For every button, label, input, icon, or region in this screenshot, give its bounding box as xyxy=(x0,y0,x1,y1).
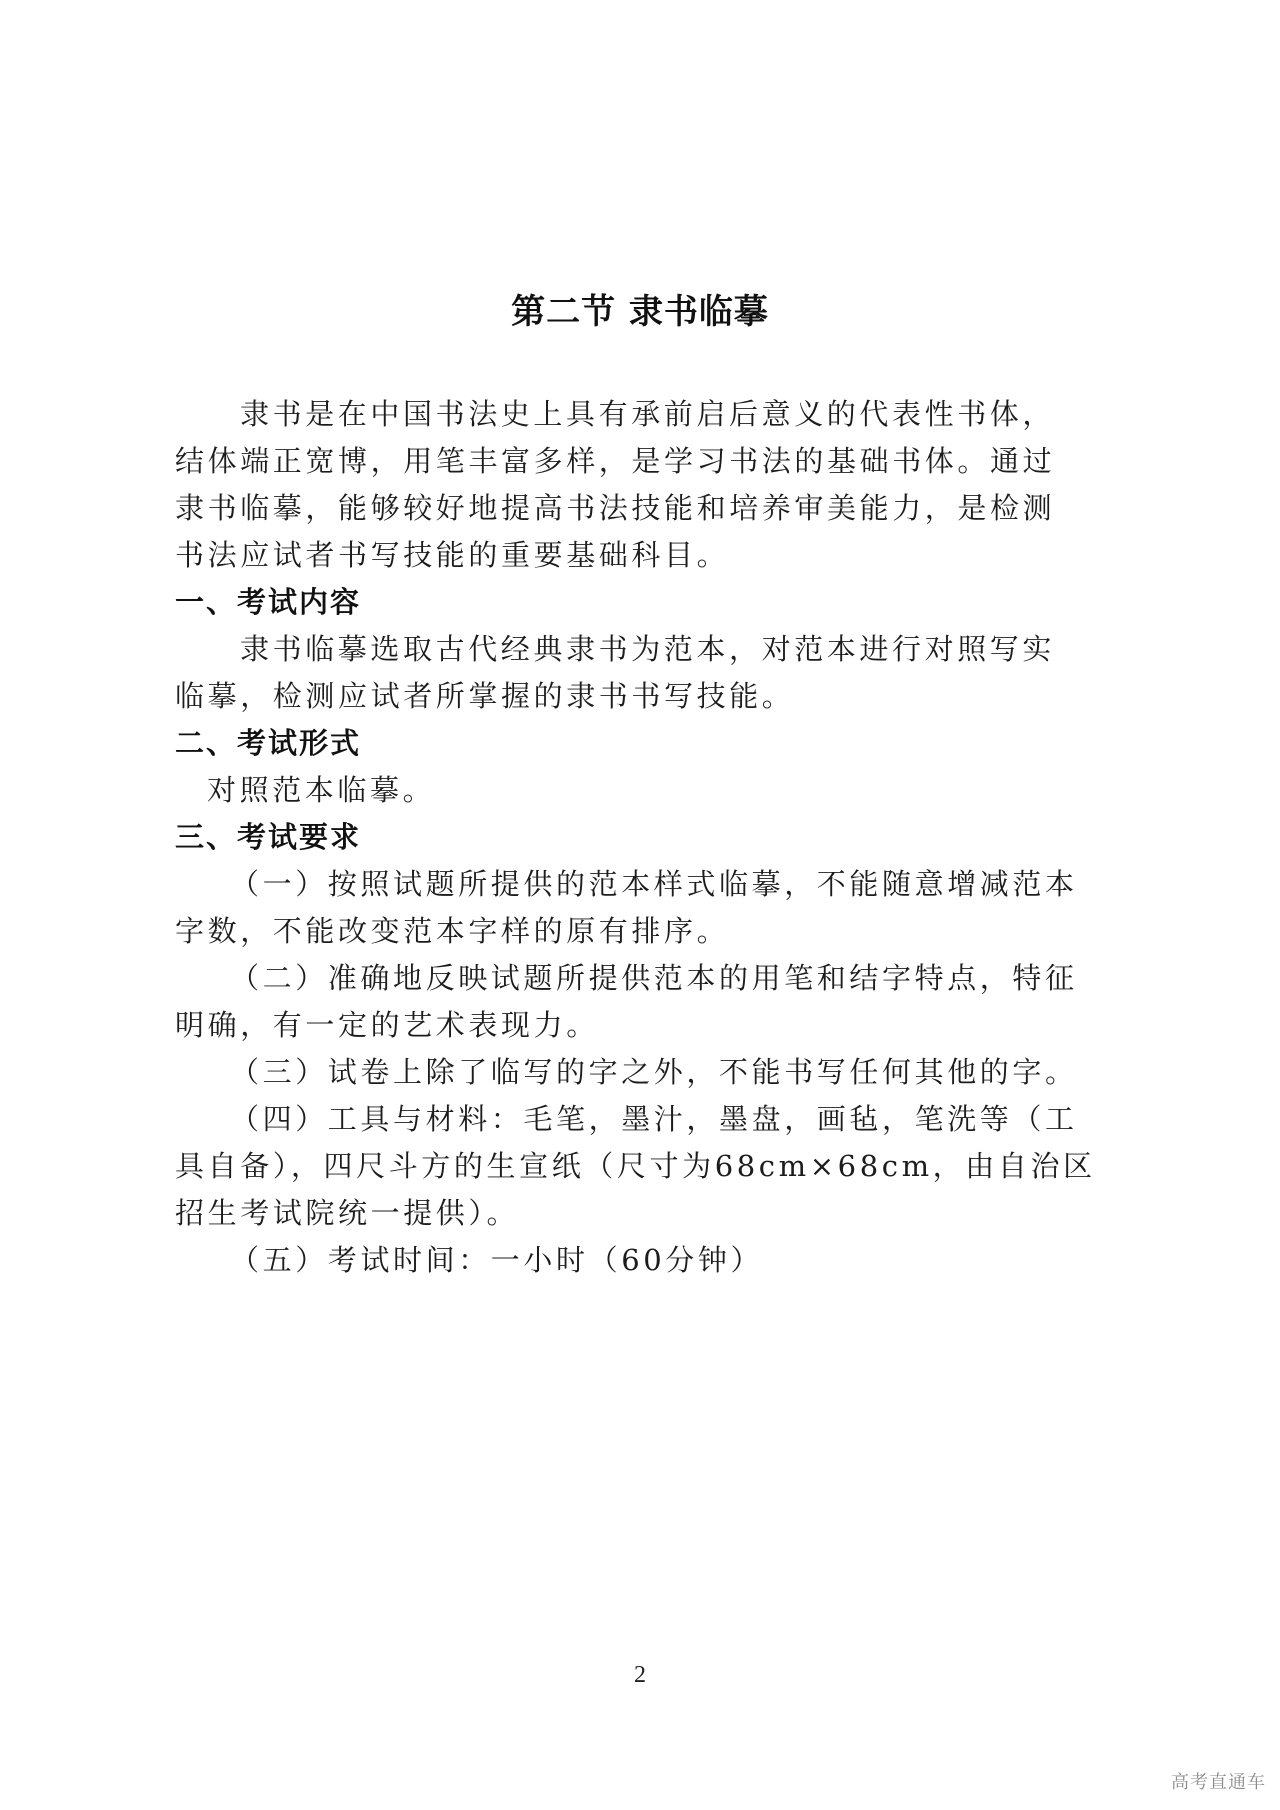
heading-exam-requirements: 三、考试要求 xyxy=(175,817,361,857)
watermark-text: 高考直通车 xyxy=(1171,1768,1266,1794)
requirement-item-4: （四）工具与材料：毛笔，墨汁，墨盘，画毡，笔洗等（工 xyxy=(230,1099,1078,1139)
body-line: 隶书是在中国书法史上具有承前启后意义的代表性书体， xyxy=(240,394,1055,434)
body-line: 字数，不能改变范本字样的原有排序。 xyxy=(175,911,729,951)
section-title: 第二节 隶书临摹 xyxy=(0,284,1280,333)
requirement-item-3: （三）试卷上除了临写的字之外，不能书写任何其他的字。 xyxy=(230,1052,1078,1092)
body-line: 临摹，检测应试者所掌握的隶书书写技能。 xyxy=(175,676,794,716)
body-line: 对照范本临摹。 xyxy=(207,770,435,810)
body-line: 招生考试院统一提供）。 xyxy=(175,1193,519,1233)
heading-exam-format: 二、考试形式 xyxy=(175,723,361,763)
requirement-item-1: （一）按照试题所提供的范本样式临摹，不能随意增减范本 xyxy=(230,864,1078,904)
body-line: 书法应试者书写技能的重要基础科目。 xyxy=(175,535,729,575)
requirement-item-2: （二）准确地反映试题所提供范本的用笔和结字特点，特征 xyxy=(230,958,1078,998)
body-line: 隶书临摹，能够较好地提高书法技能和培养审美能力，是检测 xyxy=(175,488,1055,528)
body-line: 结体端正宽博，用笔丰富多样，是学习书法的基础书体。通过 xyxy=(175,441,1055,481)
requirement-item-5: （五）考试时间：一小时（60分钟） xyxy=(230,1240,763,1280)
body-line: 具自备），四尺斗方的生宣纸（尺寸为68cm×68cm，由自治区 xyxy=(175,1146,1096,1186)
document-page: 第二节 隶书临摹 隶书是在中国书法史上具有承前启后意义的代表性书体， 结体端正宽… xyxy=(0,0,1280,1810)
body-line: 隶书临摹选取古代经典隶书为范本，对范本进行对照写实 xyxy=(240,629,1055,669)
heading-exam-content: 一、考试内容 xyxy=(175,582,361,622)
body-line: 明确，有一定的艺术表现力。 xyxy=(175,1005,599,1045)
page-number: 2 xyxy=(0,1662,1280,1689)
